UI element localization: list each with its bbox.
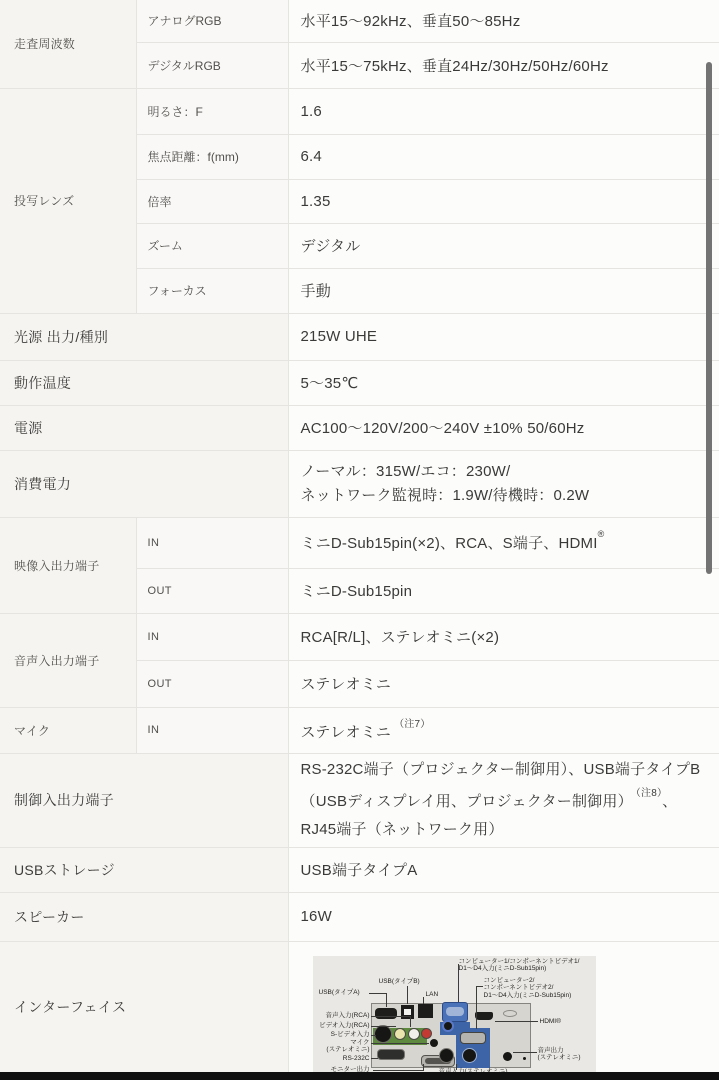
- row-label-interface: インターフェイス: [0, 941, 288, 1073]
- row-label-audio-io: 音声入出力端子: [0, 613, 136, 707]
- value-video-in: ミニD-Sub15pin(×2)、RCA、S端子、HDMI®: [288, 517, 719, 568]
- diagram-label-audio-out: 音声出力 (ステレオミニ): [538, 1047, 594, 1062]
- value-interface: コンピューター1/コンポーネントビデオ1/ D1〜D4入力(ミニD-Sub15p…: [288, 941, 719, 1073]
- sub-label-audio-out: OUT: [136, 660, 288, 707]
- row-power-supply: 電源 AC100〜120V/200〜240V ±10% 50/60Hz: [0, 405, 719, 450]
- diagram-label-lan: LAN: [426, 991, 439, 999]
- vga1-port-inner: [446, 1007, 464, 1016]
- value-magnification: 1.35: [288, 179, 719, 223]
- mic-text: ステレオミニ: [301, 724, 392, 741]
- power-consumption-line1: ノーマル：315W/エコ：230W/: [301, 460, 719, 484]
- diagram-label-usb-b: USB(タイプB): [379, 978, 420, 986]
- control-io-line3: RJ45端子（ネットワーク用）: [301, 816, 719, 844]
- leader-line: [369, 993, 387, 994]
- row-label-power-consumption: 消費電力: [0, 450, 288, 517]
- value-analog-rgb: 水平15〜92kHz、垂直50〜85Hz: [288, 0, 719, 42]
- row-speaker: スピーカー 16W: [0, 892, 719, 941]
- leader-line: [495, 1021, 538, 1022]
- leader-line: [371, 1035, 376, 1036]
- sub-label-video-out: OUT: [136, 568, 288, 613]
- leader-line: [371, 1026, 396, 1027]
- row-label-speaker: スピーカー: [0, 892, 288, 941]
- row-lens-brightness: 投写レンズ 明るさ：F 1.6: [0, 88, 719, 134]
- leader-line: [477, 986, 483, 987]
- value-audio-in: RCA[R/L]、ステレオミニ(×2): [288, 613, 719, 660]
- bottom-bar: [0, 1072, 719, 1080]
- value-focus: 手動: [288, 268, 719, 313]
- audio-l-rca-port: [408, 1028, 420, 1040]
- row-operating-temp: 動作温度 5〜35℃: [0, 360, 719, 405]
- diagram-label-computer2: コンピューター2/ コンポーネントビデオ2/ D1〜D4入力(ミニD-Sub15…: [484, 977, 596, 1000]
- value-brightness: 1.6: [288, 88, 719, 134]
- sub-label-mic-in: IN: [136, 707, 288, 753]
- scrollbar-thumb[interactable]: [706, 62, 712, 574]
- value-light-source: 215W UHE: [288, 313, 719, 360]
- computer-audio-mini-jack: [442, 1020, 454, 1032]
- row-label-operating-temp: 動作温度: [0, 360, 288, 405]
- mic-jack: [430, 1039, 438, 1047]
- diagram-label-usb-a: USB(タイプA): [319, 989, 360, 997]
- diagram-label-rs232c: RS-232C: [313, 1055, 370, 1063]
- value-power-consumption: ノーマル：315W/エコ：230W/ ネットワーク監視時：1.9W/待機時：0.…: [288, 450, 719, 517]
- usb-a-port: [375, 1008, 397, 1019]
- sub-label-analog-rgb: アナログRGB: [136, 0, 288, 42]
- sub-label-audio-in: IN: [136, 613, 288, 660]
- leader-line: [371, 1058, 378, 1059]
- diagram-label-computer1: コンピューター1/コンポーネントビデオ1/ D1〜D4入力(ミニD-Sub15p…: [459, 958, 595, 973]
- row-interface: インターフェイス: [0, 941, 719, 1073]
- row-light-source: 光源 出力/種別 215W UHE: [0, 313, 719, 360]
- value-mic: ステレオミニ（注7）: [288, 707, 719, 753]
- control-io-note8: （注8）: [636, 788, 662, 799]
- row-label-lens: 投写レンズ: [0, 88, 136, 313]
- leader-line: [476, 986, 477, 1029]
- diagram-label-video-in-rca: ビデオ入力(RCA): [313, 1022, 370, 1030]
- hdmi-port: [475, 1012, 493, 1020]
- value-audio-out: ステレオミニ: [288, 660, 719, 707]
- leader-line: [513, 1052, 537, 1053]
- leader-line: [371, 1043, 429, 1044]
- value-power-supply: AC100〜120V/200〜240V ±10% 50/60Hz: [288, 405, 719, 450]
- row-label-mic: マイク: [0, 707, 136, 753]
- diagram-label-s-video-in: S-ビデオ入力: [313, 1031, 370, 1039]
- leader-line: [386, 993, 387, 1007]
- lan-port: [418, 1004, 433, 1018]
- panel-dot: [523, 1057, 526, 1060]
- row-label-usb-storage: USBストレージ: [0, 847, 288, 892]
- leader-line: [423, 997, 424, 1004]
- leader-line: [371, 1016, 411, 1017]
- vga2-port: [460, 1032, 486, 1044]
- diagram-label-audio-in-rca: 音声入力(RCA): [313, 1012, 370, 1020]
- sub-label-magnification: 倍率: [136, 179, 288, 223]
- sub-label-video-in: IN: [136, 517, 288, 568]
- usb-b-port-inner: [404, 1009, 411, 1015]
- sub-label-focus: フォーカス: [136, 268, 288, 313]
- value-speaker: 16W: [288, 892, 719, 941]
- audio-mini-jack-1: [439, 1048, 454, 1063]
- row-scan-frequency-analog: 走査周波数 アナログRGB 水平15〜92kHz、垂直50〜85Hz: [0, 0, 719, 42]
- sub-label-digital-rgb: デジタルRGB: [136, 42, 288, 88]
- value-video-out: ミニD-Sub15pin: [288, 568, 719, 613]
- row-mic: マイク IN ステレオミニ（注7）: [0, 707, 719, 753]
- row-control-io: 制御入出力端子 RS-232C端子（プロジェクター制御用）、USB端子タイプB …: [0, 753, 719, 847]
- interface-diagram: コンピューター1/コンポーネントビデオ1/ D1〜D4入力(ミニD-Sub15p…: [313, 956, 596, 1073]
- row-label-control-io: 制御入出力端子: [0, 753, 288, 847]
- leader-line: [373, 1070, 423, 1071]
- s-video-port: [374, 1025, 392, 1043]
- value-operating-temp: 5〜35℃: [288, 360, 719, 405]
- value-digital-rgb: 水平15〜75kHz、垂直24Hz/30Hz/50Hz/60Hz: [288, 42, 719, 88]
- value-usb-storage: USB端子タイプA: [288, 847, 719, 892]
- value-control-io: RS-232C端子（プロジェクター制御用）、USB端子タイプB （USBディスプ…: [288, 753, 719, 847]
- row-label-scan-frequency: 走査周波数: [0, 0, 136, 88]
- control-io-line1: RS-232C端子（プロジェクター制御用）、USB端子タイプB: [301, 756, 719, 784]
- leader-line: [407, 986, 408, 1004]
- diagram-label-mic: マイク (ステレオミニ): [313, 1039, 370, 1054]
- leader-line: [423, 1064, 424, 1071]
- video-in-text: ミニD-Sub15pin(×2)、RCA、S端子、HDMI: [301, 535, 598, 552]
- sub-label-zoom: ズーム: [136, 223, 288, 268]
- row-usb-storage: USBストレージ USB端子タイプA: [0, 847, 719, 892]
- video-in-registered-mark: ®: [598, 529, 605, 539]
- control-io-line2: （USBディスプレイ用、プロジェクター制御用）（注8）、: [301, 784, 719, 816]
- value-zoom: デジタル: [288, 223, 719, 268]
- sub-label-brightness: 明るさ：F: [136, 88, 288, 134]
- audio-mini-jack-2: [462, 1048, 477, 1063]
- spec-table: 走査周波数 アナログRGB 水平15〜92kHz、垂直50〜85Hz デジタルR…: [0, 0, 719, 1073]
- leader-line: [410, 1016, 411, 1027]
- video-rca-port: [394, 1028, 406, 1040]
- audio-out-jack: [503, 1052, 512, 1061]
- row-label-power-supply: 電源: [0, 405, 288, 450]
- power-consumption-line2: ネットワーク監視時：1.9W/待機時：0.2W: [301, 484, 719, 508]
- row-video-in: 映像入出力端子 IN ミニD-Sub15pin(×2)、RCA、S端子、HDMI…: [0, 517, 719, 568]
- row-label-video-io: 映像入出力端子: [0, 517, 136, 613]
- value-focal-length: 6.4: [288, 134, 719, 179]
- row-label-light-source: 光源 出力/種別: [0, 313, 288, 360]
- diagram-label-hdmi: HDMI®: [540, 1018, 561, 1026]
- epson-logo: [503, 1010, 517, 1017]
- mic-note7: （注7）: [394, 719, 430, 730]
- row-audio-in: 音声入出力端子 IN RCA[R/L]、ステレオミニ(×2): [0, 613, 719, 660]
- sub-label-focal-length: 焦点距離：f(mm): [136, 134, 288, 179]
- row-power-consumption: 消費電力 ノーマル：315W/エコ：230W/ ネットワーク監視時：1.9W/待…: [0, 450, 719, 517]
- rs232c-port: [377, 1049, 405, 1060]
- control-io-line2-tail: 、: [662, 793, 677, 810]
- control-io-line2-text: （USBディスプレイ用、プロジェクター制御用）: [301, 793, 633, 810]
- audio-r-rca-port: [421, 1028, 432, 1039]
